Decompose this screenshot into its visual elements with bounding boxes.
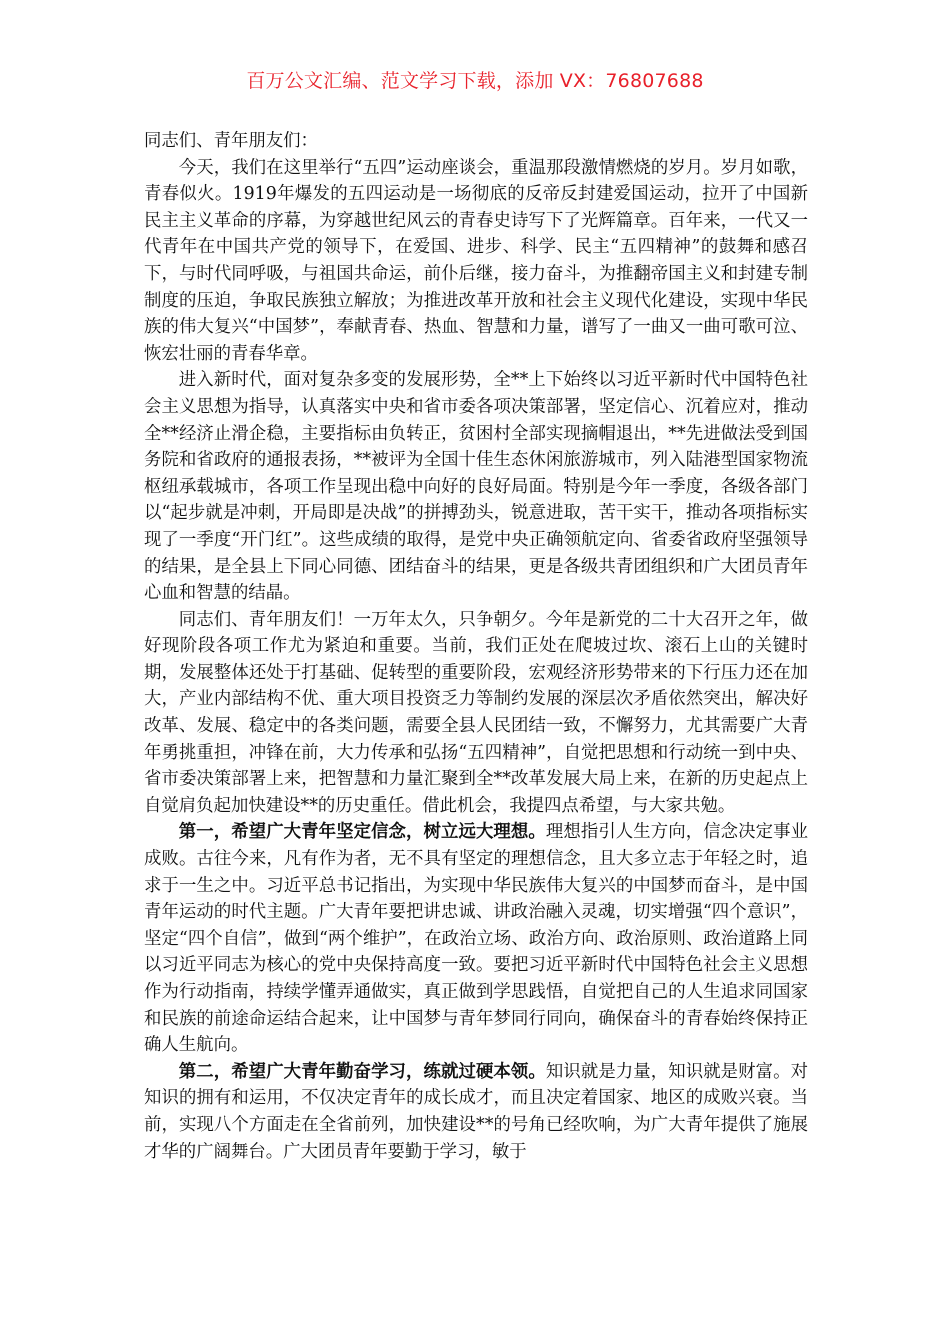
paragraph-text: 今天，我们在这里举行“五四”运动座谈会，重温那段激情燃烧的岁月。岁月如歌，青春似… [144, 158, 808, 364]
paragraph-1: 今天，我们在这里举行“五四”运动座谈会，重温那段激情燃烧的岁月。岁月如歌，青春似… [144, 155, 808, 368]
salutation: 同志们、青年朋友们： [144, 128, 808, 155]
paragraph-2: 进入新时代，面对复杂多变的发展形势，全**上下始终以习近平新时代中国特色社会主义… [144, 367, 808, 606]
paragraph-5: 第二，希望广大青年勤奋学习，练就过硬本领。知识就是力量，知识就是财富。对知识的拥… [144, 1059, 808, 1165]
paragraph-text: 理想指引人生方向，信念决定事业成败。古往今来，凡有作为者，无不具有坚定的理想信念… [144, 822, 808, 1055]
document-body: 同志们、青年朋友们： 今天，我们在这里举行“五四”运动座谈会，重温那段激情燃烧的… [144, 128, 808, 1165]
paragraph-heading: 第一，希望广大青年坚定信念，树立远大理想。 [179, 822, 546, 842]
paragraph-4: 第一，希望广大青年坚定信念，树立远大理想。理想指引人生方向，信念决定事业成败。古… [144, 819, 808, 1058]
paragraph-text: 同志们、青年朋友们！一万年太久，只争朝夕。今年是新党的二十大召开之年，做好现阶段… [144, 610, 808, 816]
watermark-header: 百万公文汇编、范文学习下载，添加 VX：76807688 [0, 66, 950, 93]
paragraph-heading: 第二，希望广大青年勤奋学习，练就过硬本领。 [179, 1062, 546, 1082]
paragraph-3: 同志们、青年朋友们！一万年太久，只争朝夕。今年是新党的二十大召开之年，做好现阶段… [144, 607, 808, 820]
paragraph-text: 进入新时代，面对复杂多变的发展形势，全**上下始终以习近平新时代中国特色社会主义… [144, 370, 808, 603]
